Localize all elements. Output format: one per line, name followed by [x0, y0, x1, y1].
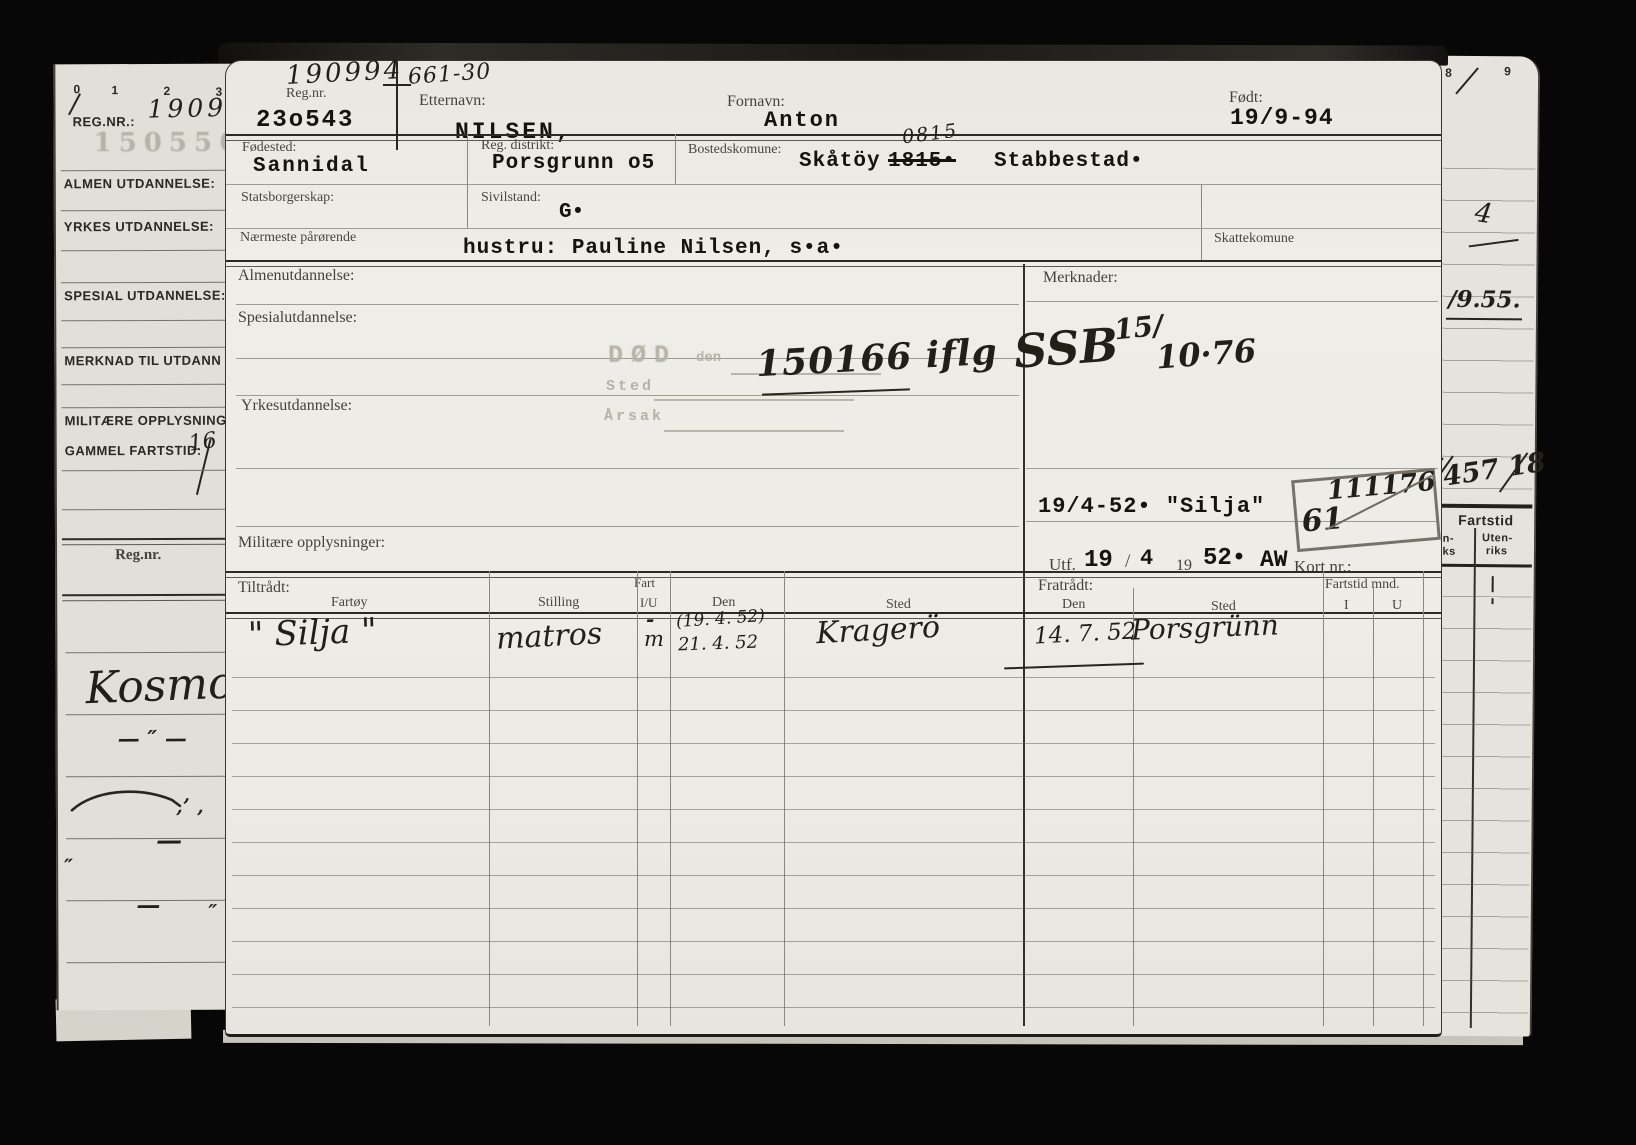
fornavn-value: Anton — [764, 108, 840, 133]
etternavn-label: Etternavn: — [419, 92, 486, 110]
ruler-mark-1: 1 — [111, 83, 118, 97]
scanned-seaman-register-card: 0 1 2 3 1909 REG.NR.: 150556 ALMEN UTDAN… — [0, 0, 1636, 1145]
fratradt-header: Fratrådt: — [1038, 577, 1093, 595]
handwritten-note-number: 150166 iflg — [755, 331, 999, 386]
handwritten-year: 1909 — [147, 93, 227, 124]
regnr-box-label: Reg.nr. — [115, 547, 161, 564]
tiltradt-header: Tiltrådt: — [238, 579, 290, 597]
ruler-mark-8: 8 — [1445, 66, 1452, 80]
row-stilling-value: matros — [495, 616, 603, 657]
bosted-new-value: Stabbestad• — [994, 150, 1144, 173]
pen-tick — [1492, 576, 1494, 592]
pen-slash-mark — [68, 93, 81, 115]
merknader-label: Merknader: — [1043, 269, 1118, 287]
row-den-line1: (19. 4. 52) — [675, 606, 765, 632]
spesialutdannelse-label: Spesialutdannelse: — [238, 309, 357, 327]
handwritten-fartstid-note: 16 — [187, 428, 218, 457]
row-sted-value: Kragerö — [815, 610, 941, 651]
utf-slash: / — [1125, 551, 1130, 573]
fodested-value: Sannidal — [253, 155, 370, 178]
fodt-value: 19/9-94 — [1230, 105, 1334, 131]
utf-initials: AW — [1260, 547, 1288, 573]
fartoy-header: Fartøy — [331, 595, 368, 611]
spesial-utdannelse-label: SPESIAL UTDANNELSE: — [64, 288, 226, 304]
regnr-label: REG.NR.: — [73, 114, 136, 129]
handwritten-dash: — — [136, 890, 160, 919]
handwritten-municipality-code: 0815 — [901, 120, 960, 149]
handwritten-note-ssb: SSB — [1012, 317, 1120, 378]
ruler-mark-9: 9 — [1504, 64, 1511, 78]
row-iu-value: m — [644, 627, 664, 651]
handwritten-quote-mark: ″ — [64, 854, 73, 878]
narmeste-parorende-label: Nærmeste pårørende — [240, 230, 356, 246]
sivilstand-value: G• — [559, 201, 584, 224]
background-card-left: 0 1 2 3 1909 REG.NR.: 150556 ALMEN UTDAN… — [53, 64, 239, 1011]
fartstid-header: Fartstid — [1458, 512, 1513, 528]
parorende-value: hustru: Pauline Nilsen, s•a• — [463, 237, 844, 260]
silja-entry-line: 19/4-52• "Silja" — [1038, 494, 1265, 519]
death-stamp-den: den — [696, 350, 721, 366]
almenutdannelse-label: Almenutdannelse: — [238, 267, 354, 285]
bosted-name-value: Skåtöy — [799, 150, 881, 173]
regnr-label: Reg.nr. — [286, 86, 326, 102]
reg-distrikt-value: Porsgrunn o5 — [492, 152, 655, 175]
fartstid-mnd-header: Fartstid mnd. — [1325, 577, 1400, 593]
gammel-fartstid-label: GAMMEL FARTSTID: — [65, 443, 202, 458]
pen-underline-arrow — [1004, 663, 1144, 670]
handwritten-quote-mark: ″ — [208, 900, 217, 924]
statsborgerskap-label: Statsborgerskap: — [241, 190, 334, 206]
utf-day: 19 — [1084, 547, 1113, 574]
almen-utdannelse-label: ALMEN UTDANNELSE: — [64, 176, 216, 192]
fratradt-den-header: Den — [1062, 597, 1085, 613]
pen-slash-mark — [1455, 67, 1479, 94]
utenriks-column-label: riks — [1486, 545, 1508, 557]
militare-opplysninger-label: MILITÆRE OPPLYSNING — [65, 413, 227, 429]
bosted-old-code-struck: 1815• — [888, 150, 956, 173]
death-stamp-dod: DØD — [608, 341, 677, 370]
handwritten-dash: — — [156, 826, 182, 856]
skattekomune-label: Skattekomune — [1214, 231, 1294, 247]
table-empty-rows — [232, 677, 1435, 1026]
handwritten-ditto-row: — ″ — — [118, 726, 187, 752]
handwritten-comma-marks: ‚’ ‚ — [176, 794, 204, 818]
row-fartoy-value: " Silja " — [247, 611, 377, 655]
row-fratradt-sted-value: Porsgrünn — [1130, 608, 1279, 646]
death-stamp-arsak: Årsak — [604, 408, 664, 425]
row-fratradt-den-value: 14. 7. 52 — [1033, 618, 1137, 649]
bostedskomune-label: Bostedskomune: — [688, 142, 781, 158]
yrkesutdannelse-label: Yrkesutdannelse: — [241, 397, 352, 415]
register-card: Reg.nr. 23o543 Etternavn: NILSEN, Fornav… — [225, 60, 1442, 1037]
faint-stamped-number: 150556 — [94, 128, 245, 159]
regnr-value: 23o543 — [256, 107, 354, 134]
utenriks-column-label: Uten- — [1482, 532, 1513, 544]
militare-opplysninger-label: Militære opplysninger: — [238, 534, 385, 552]
stamp-handwritten-number: 61 — [1300, 501, 1345, 540]
utf-month: 4 — [1140, 546, 1153, 571]
handwritten-note-monthyear: 10·76 — [1155, 332, 1258, 377]
date-stamp-box: 111176 61 — [1291, 468, 1441, 552]
handwritten-date-note: /9.55. — [1448, 286, 1521, 314]
row-den-line2: 21. 4. 52 — [678, 632, 759, 656]
death-stamp-sted: Sted — [606, 378, 654, 395]
sivilstand-label: Sivilstand: — [481, 190, 541, 206]
fodested-label: Fødested: — [242, 140, 296, 156]
merknad-til-utdannelse-label: MERKNAD TIL UTDANN — [64, 353, 221, 369]
yrkes-utdannelse-label: YRKES UTDANNELSE: — [64, 219, 214, 235]
stilling-header: Stilling — [538, 595, 579, 611]
utf-year: 52• — [1203, 545, 1246, 572]
